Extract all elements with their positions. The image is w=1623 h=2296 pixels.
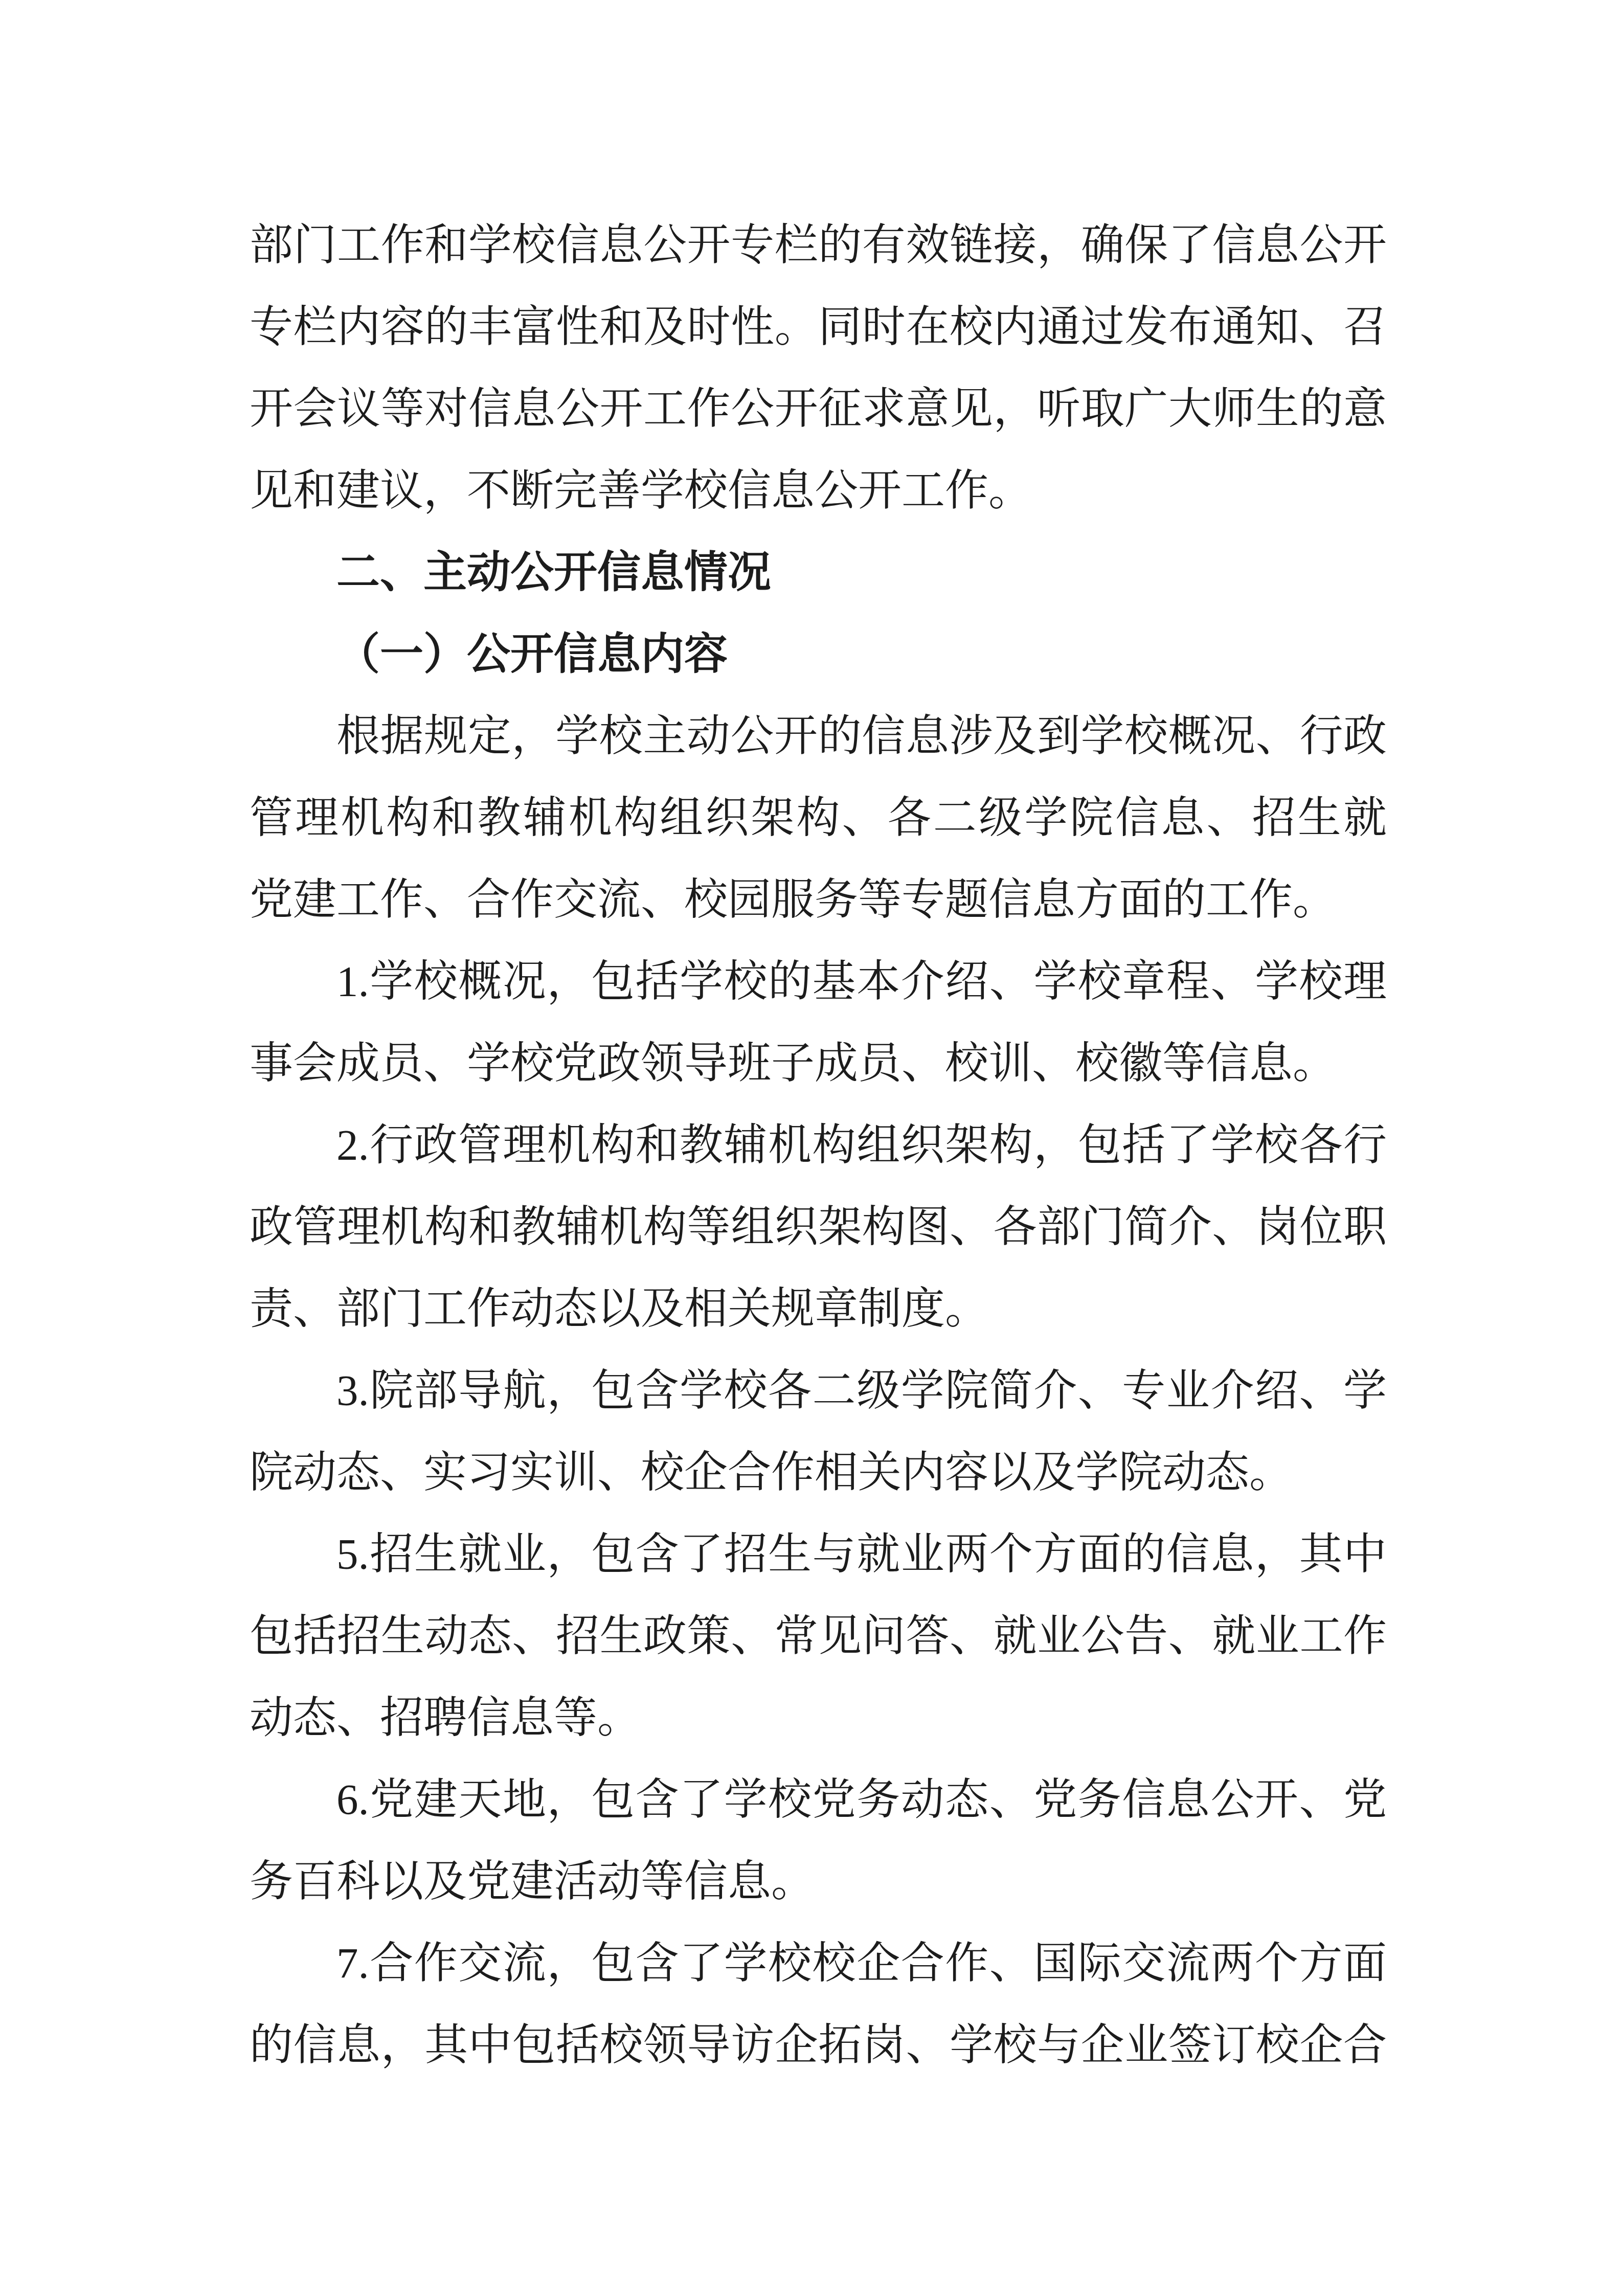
subsection-heading: （一）公开信息内容 — [250, 614, 1387, 695]
paragraph-item-3-line: 3.院部导航，包含学校各二级学院简介、专业介绍、学 — [250, 1350, 1387, 1432]
paragraph-item-2-line: 2.行政管理机构和教辅机构组织架构，包括了学校各行 — [250, 1105, 1387, 1186]
paragraph-item-6-line: 6.党建天地，包含了学校党务动态、党务信息公开、党 — [250, 1759, 1387, 1841]
paragraph-item-1-line: 1.学校概况，包括学校的基本介绍、学校章程、学校理 — [250, 941, 1387, 1023]
document-page: 部门工作和学校信息公开专栏的有效链接，确保了信息公开专栏内容的丰富性和及时性。同… — [0, 0, 1623, 2296]
paragraph-item-7-line: 7.合作交流，包含了学校校企合作、国际交流两个方面 — [250, 1923, 1387, 2005]
paragraph-overview-line: 根据规定，学校主动公开的信息涉及到学校概况、行政 — [250, 695, 1387, 777]
paragraph-item-3-line: 院动态、实习实训、校企合作相关内容以及学院动态。 — [250, 1432, 1387, 1514]
paragraph-continued-line: 见和建议，不断完善学校信息公开工作。 — [250, 450, 1387, 532]
paragraph-continued-line: 部门工作和学校信息公开专栏的有效链接，确保了信息公开 — [250, 205, 1387, 286]
paragraph-item-5-line: 动态、招聘信息等。 — [250, 1677, 1387, 1759]
paragraph-overview-line: 党建工作、合作交流、校园服务等专题信息方面的工作。 — [250, 859, 1387, 941]
paragraph-item-6-line: 务百科以及党建活动等信息。 — [250, 1841, 1387, 1923]
document-body: 部门工作和学校信息公开专栏的有效链接，确保了信息公开专栏内容的丰富性和及时性。同… — [250, 205, 1387, 2086]
section-heading: 二、主动公开信息情况 — [250, 532, 1387, 614]
paragraph-continued-line: 开会议等对信息公开工作公开征求意见，听取广大师生的意 — [250, 368, 1387, 450]
paragraph-item-7-line: 的信息，其中包括校领导访企拓岗、学校与企业签订校企合 — [250, 2005, 1387, 2086]
paragraph-item-5-line: 5.招生就业，包含了招生与就业两个方面的信息，其中 — [250, 1514, 1387, 1595]
paragraph-item-2-line: 责、部门工作动态以及相关规章制度。 — [250, 1268, 1387, 1350]
paragraph-continued-line: 专栏内容的丰富性和及时性。同时在校内通过发布通知、召 — [250, 286, 1387, 368]
paragraph-item-1-line: 事会成员、学校党政领导班子成员、校训、校徽等信息。 — [250, 1023, 1387, 1105]
paragraph-item-5-line: 包括招生动态、招生政策、常见问答、就业公告、就业工作 — [250, 1595, 1387, 1677]
paragraph-item-2-line: 政管理机构和教辅机构等组织架构图、各部门简介、岗位职 — [250, 1186, 1387, 1268]
paragraph-overview-line: 管理机构和教辅机构组织架构、各二级学院信息、招生就业、 — [250, 777, 1387, 859]
